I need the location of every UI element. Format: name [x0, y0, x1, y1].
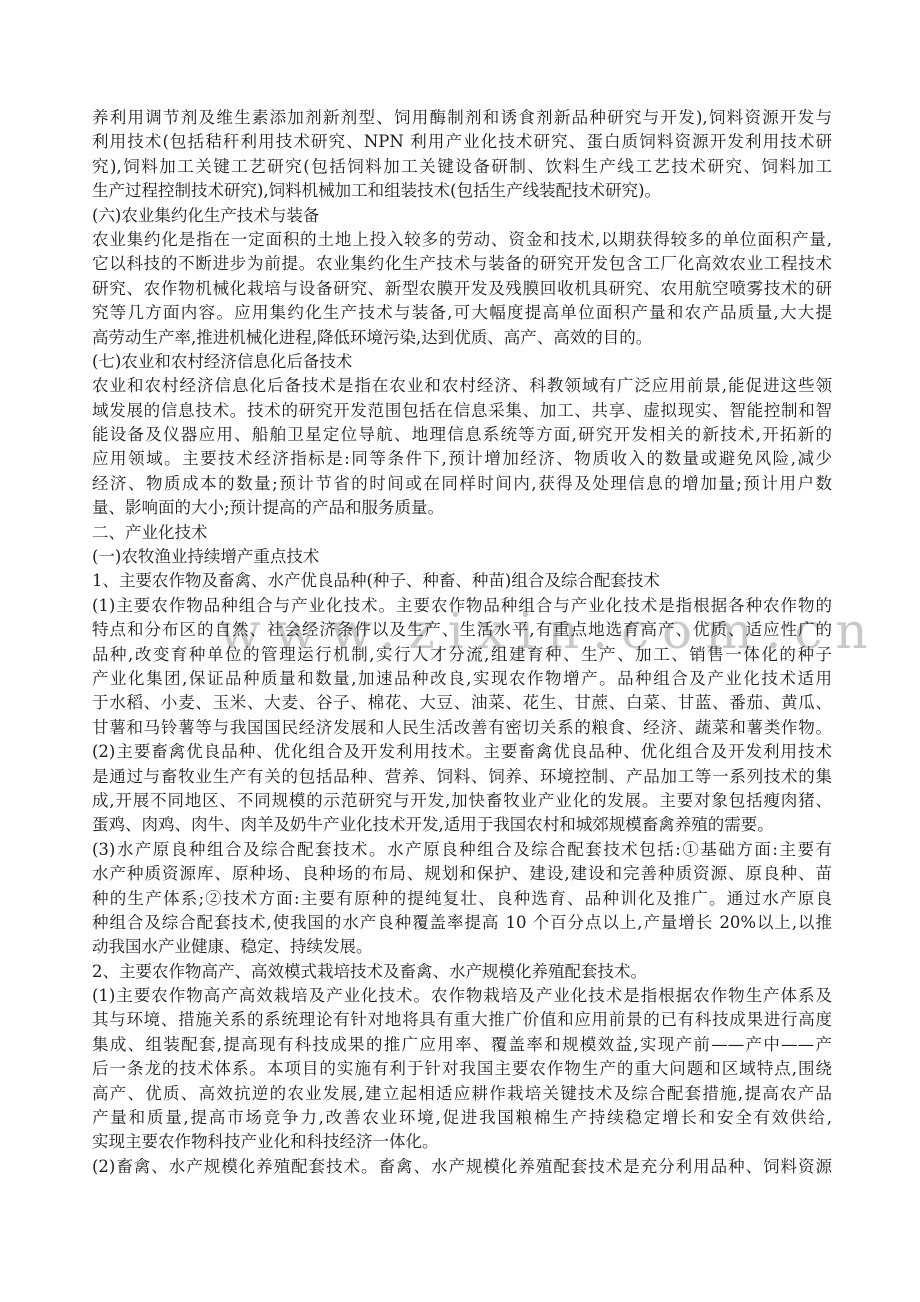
text-line: 特点和分布区的自然、社会经济条件以及生产、生活水平,有重点地选育高产、优质、适应… [92, 618, 832, 642]
text-line: 养利用调节剂及维生素添加剂新剂型、饲用酶制剂和诱食剂新品种研究与开发),饲料资源… [92, 106, 832, 130]
text-line: 2、主要农作物高产、高效模式栽培技术及畜禽、水产规模化养殖配套技术。 [92, 960, 832, 984]
text-line: (2)主要畜禽优良品种、优化组合及开发利用技术。主要畜禽优良品种、优化组合及开发… [92, 740, 832, 764]
text-line: 后一条龙的技术体系。本项目的实施有利于针对我国主要农作物生产的重大问题和区域特点… [92, 1057, 832, 1081]
text-line: 量、影响面的大小;预计提高的产品和服务质量。 [92, 496, 832, 520]
text-line: 是通过与畜牧业生产有关的包括品种、营养、饲料、饲养、环境控制、产品加工等一系列技… [92, 765, 832, 789]
text-line: 种组合及综合配套技术,使我国的水产良种覆盖率提高 10 个百分点以上,产量增长 … [92, 911, 832, 935]
document-body: 养利用调节剂及维生素添加剂新剂型、饲用酶制剂和诱食剂新品种研究与开发),饲料资源… [92, 106, 832, 1179]
text-line: 高劳动生产率,推进机械化进程,降低环境污染,达到优质、高产、高效的目的。 [92, 326, 832, 350]
text-line: 产量和质量,提高市场竞争力,改善农业环境,促进我国粮棉生产持续稳定增长和安全有效… [92, 1106, 832, 1130]
text-line: 品种,改变育种单位的管理运行机制,实行人才分流,组建育种、生产、加工、销售一体化… [92, 643, 832, 667]
text-line: 实现主要农作物科技产业化和科技经济一体化。 [92, 1130, 832, 1154]
text-line: 农业和农村经济信息化后备技术是指在农业和农村经济、科教领域有广泛应用前景,能促进… [92, 374, 832, 398]
text-line: 生产过程控制技术研究),饲料机械加工和组装技术(包括生产线装配技术研究)。 [92, 179, 832, 203]
text-line: 利用技术(包括秸秆利用技术研究、NPN 利用产业化技术研究、蛋白质饲料资源开发利… [92, 130, 832, 154]
text-line: 种的生产体系;②技术方面:主要有原种的提纯复壮、良种选育、品种训化及推广。通过水… [92, 887, 832, 911]
text-line: 甘薯和马铃薯等与我国国民经济发展和人民生活改善有密切关系的粮食、经济、蔬菜和薯类… [92, 716, 832, 740]
text-line: 成,开展不同地区、不同规模的示范研究与开发,加快畜牧业产业化的发展。主要对象包括… [92, 789, 832, 813]
text-line: (2)畜禽、水产规模化养殖配套技术。畜禽、水产规模化养殖配套技术是充分利用品种、… [92, 1155, 832, 1179]
text-line: 应用领域。主要技术经济指标是:同等条件下,预计增加经济、物质收入的数量或避免风险… [92, 447, 832, 471]
document-page: www.zixin.com.cn 养利用调节剂及维生素添加剂新剂型、饲用酶制剂和… [0, 0, 920, 1302]
text-line: 能设备及仪器应用、船舶卫星定位导航、地理信息系统等方面,研究开发相关的新技术,开… [92, 423, 832, 447]
text-line: (3)水产原良种组合及综合配套技术。水产原良种组合及综合配套技术包括:①基础方面… [92, 838, 832, 862]
text-line: 域发展的信息技术。技术的研究开发范围包括在信息采集、加工、共享、虚拟现实、智能控… [92, 399, 832, 423]
text-line: 1、主要农作物及畜禽、水产优良品种(种子、种畜、种苗)组合及综合配套技术 [92, 569, 832, 593]
text-line: 水产种质资源库、原种场、良种场的布局、规划和保护、建设,建设和完善种质资源、原良… [92, 862, 832, 886]
text-line: 高产、优质、高效抗逆的农业发展,建立起相适应耕作栽培关键技术及综合配套措施,提高… [92, 1082, 832, 1106]
text-line: 究等几方面内容。应用集约化生产技术与装备,可大幅度提高单位面积产量和农产品质量,… [92, 301, 832, 325]
text-line: 集成、组装配套,提高现有科技成果的推广应用率、覆盖率和规模效益,实现产前——产中… [92, 1033, 832, 1057]
text-line: 蛋鸡、肉鸡、肉牛、肉羊及奶牛产业化技术开发,适用于我国农村和城郊规模畜禽养殖的需… [92, 813, 832, 837]
text-line: (一)农牧渔业持续增产重点技术 [92, 545, 832, 569]
text-line: 产业化集团,保证品种质量和数量,加速品种改良,实现农作物增产。品种组合及产业化技… [92, 667, 832, 691]
text-line: 于水稻、小麦、玉米、大麦、谷子、棉花、大豆、油菜、花生、甘蔗、白菜、甘蓝、番茄、… [92, 691, 832, 715]
text-line: 它以科技的不断进步为前提。农业集约化生产技术与装备的研究开发包含工厂化高效农业工… [92, 252, 832, 276]
text-line: 研究、农作物机械化栽培与设备研究、新型农膜开发及残膜回收机具研究、农用航空喷雾技… [92, 277, 832, 301]
text-line: (1)主要农作物品种组合与产业化技术。主要农作物品种组合与产业化技术是指根据各种… [92, 594, 832, 618]
text-line: (1)主要农作物高产高效栽培及产业化技术。农作物栽培及产业化技术是指根据农作物生… [92, 984, 832, 1008]
text-line: 农业集约化是指在一定面积的土地上投入较多的劳动、资金和技术,以期获得较多的单位面… [92, 228, 832, 252]
text-line: 究),饲料加工关键工艺研究(包括饲料加工关键设备研制、饮料生产线工艺技术研究、饲… [92, 155, 832, 179]
text-line: 动我国水产业健康、稳定、持续发展。 [92, 935, 832, 959]
text-line: (六)农业集约化生产技术与装备 [92, 204, 832, 228]
text-line: (七)农业和农村经济信息化后备技术 [92, 350, 832, 374]
text-line: 经济、物质成本的数量;预计节省的时间或在同样时间内,获得及处理信息的增加量;预计… [92, 472, 832, 496]
text-line: 二、产业化技术 [92, 521, 832, 545]
text-line: 其与环境、措施关系的系统理论有针对地将具有重大推广价值和应用前景的已有科技成果进… [92, 1008, 832, 1032]
